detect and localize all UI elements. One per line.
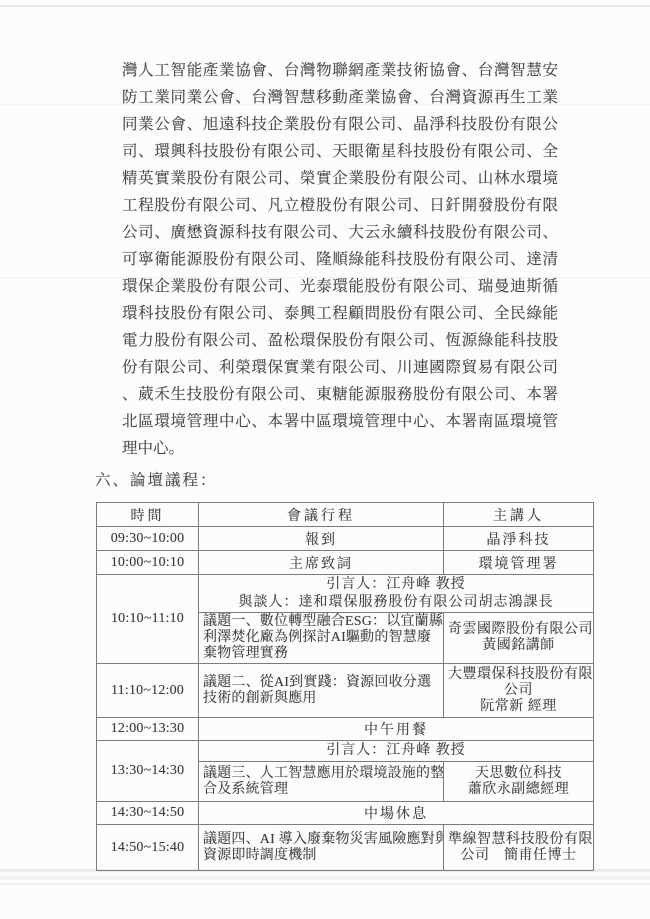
speaker-cell: 準線智慧科技股份有限 公司 簡甫任博士 — [444, 825, 594, 871]
intro-cell: 引言人：江舟峰 教授 與談人：達和環保服務股份有限公司胡志鴻課長 — [199, 575, 594, 613]
agenda-row: 14:50~15:40 議題四、AI 導入廢棄物災害風險應對與 資源即時調度機制… — [97, 825, 594, 871]
text-line: 議題四、AI 導入廢棄物災害風險應對與 — [203, 832, 439, 848]
participants-line: 環科技股份有限公司、泰興工程顧問股份有限公司、全民綠能 — [122, 300, 558, 327]
time-cell: 14:50~15:40 — [97, 825, 199, 871]
program-cell: 議題一、數位轉型融合ESG：以宜蘭縣 利澤焚化廠為例探討AI驅動的智慧廢 棄物管… — [199, 613, 444, 664]
agenda-header-row: 時間 會議行程 主講人 — [97, 503, 594, 527]
agenda-row: 13:30~14:30 引言人：江舟峰 教授 — [97, 741, 594, 762]
time-cell: 12:00~13:30 — [97, 718, 199, 741]
text-line: 準線智慧科技股份有限 — [448, 832, 589, 848]
participants-line: 司、環興科技股份有限公司、天眼衛星科技股份有限公司、全 — [122, 138, 558, 165]
speaker-cell: 天思數位科技 蕭欣永副總經理 — [444, 762, 594, 802]
text-line: 資源即時調度機制 — [203, 848, 439, 864]
program-cell: 報到 — [199, 527, 444, 551]
text-line: 奇雲國際股份有限公司 — [448, 622, 589, 638]
text-line: 技術的創新與應用 — [203, 691, 439, 707]
agenda-header-speaker: 主講人 — [444, 503, 594, 527]
text-line: 大豐環保科技股份有限 — [448, 667, 589, 683]
text-line: 引言人：江舟峰 教授 — [203, 576, 589, 594]
text-line: 議題一、數位轉型融合ESG：以宜蘭縣 — [203, 614, 439, 630]
participants-line: 可寧衛能源股份有限公司、隆順綠能科技股份有限公司、達清 — [122, 246, 558, 273]
time-cell: 10:00~10:10 — [97, 551, 199, 575]
participants-line: 公司、廣懋資源科技有限公司、大云永續科技股份有限公司、 — [122, 219, 558, 246]
program-cell: 議題三、人工智慧應用於環境設施的整 合及系統管理 — [199, 762, 444, 802]
participants-line: 份有限公司、利榮環保實業有限公司、川連國際貿易有限公司 — [122, 354, 558, 381]
participants-paragraph: 灣人工智能產業協會、台灣物聯網產業技術協會、台灣智慧安 防工業同業公會、台灣智慧… — [122, 57, 558, 462]
participants-line: 工程股份有限公司、凡立橙股份有限公司、日釺開發股份有限 — [122, 192, 558, 219]
scan-streak — [0, 883, 650, 885]
participants-line: 灣人工智能產業協會、台灣物聯網產業技術協會、台灣智慧安 — [122, 57, 558, 84]
agenda-header-time: 時間 — [97, 503, 199, 527]
speaker-cell: 晶淨科技 — [444, 527, 594, 551]
agenda-row: 10:00~10:10 主席致詞 環境管理署 — [97, 551, 594, 575]
text-line: 與談人：達和環保服務股份有限公司胡志鴻課長 — [203, 594, 589, 612]
participants-line: 電力股份有限公司、盈松環保股份有限公司、恆源綠能科技股 — [122, 327, 558, 354]
speaker-cell: 大豐環保科技股份有限 公司 阮常新 經理 — [444, 664, 594, 718]
text-line: 黃國銘講師 — [448, 638, 589, 654]
text-line: 蕭欣永副總經理 — [448, 782, 589, 798]
agenda-row: 10:10~11:10 引言人：江舟峰 教授 與談人：達和環保服務股份有限公司胡… — [97, 575, 594, 613]
section-heading: 六、論壇議程： — [95, 468, 218, 490]
program-cell: 主席致詞 — [199, 551, 444, 575]
agenda-row: 11:10~12:00 議題二、從AI到實踐：資源回收分選 技術的創新與應用 大… — [97, 664, 594, 718]
agenda-table: 時間 會議行程 主講人 09:30~10:00 報到 晶淨科技 10:00~10… — [96, 502, 594, 871]
participants-line: 同業公會、旭遠科技企業股份有限公司、晶淨科技股份有限公 — [122, 111, 558, 138]
program-cell: 中午用餐 — [199, 718, 594, 741]
scan-streak — [0, 876, 650, 880]
text-line: 議題三、人工智慧應用於環境設施的整 — [203, 766, 439, 782]
text-line: 公司 簡甫任博士 — [448, 848, 589, 864]
participants-line: 防工業同業公會、台灣智慧移動產業協會、台灣資源再生工業 — [122, 84, 558, 111]
text-line: 利澤焚化廠為例探討AI驅動的智慧廢 — [203, 630, 439, 646]
program-cell: 議題四、AI 導入廢棄物災害風險應對與 資源即時調度機制 — [199, 825, 444, 871]
intro-cell: 引言人：江舟峰 教授 — [199, 741, 594, 762]
time-cell: 11:10~12:00 — [97, 664, 199, 718]
participants-line: 精英實業股份有限公司、榮實企業股份有限公司、山林水環境 — [122, 165, 558, 192]
participants-line: 理中心。 — [122, 435, 558, 462]
text-line: 公司 — [448, 683, 589, 699]
text-line: 合及系統管理 — [203, 782, 439, 798]
program-cell: 議題二、從AI到實踐：資源回收分選 技術的創新與應用 — [199, 664, 444, 718]
participants-line: 北區環境管理中心、本署中區環境管理中心、本署南區環境管 — [122, 408, 558, 435]
time-cell: 13:30~14:30 — [97, 741, 199, 802]
text-line: 阮常新 經理 — [448, 699, 589, 715]
scan-streak — [0, 5, 650, 7]
participants-line: 、葳禾生技股份有限公司、東糖能源服務股份有限公司、本署 — [122, 381, 558, 408]
agenda-row: 09:30~10:00 報到 晶淨科技 — [97, 527, 594, 551]
text-line: 天思數位科技 — [448, 766, 589, 782]
agenda-row: 12:00~13:30 中午用餐 — [97, 718, 594, 741]
scanned-document-page: 灣人工智能產業協會、台灣物聯網產業技術協會、台灣智慧安 防工業同業公會、台灣智慧… — [0, 0, 650, 919]
program-cell: 中場休息 — [199, 802, 594, 825]
text-line: 引言人：江舟峰 教授 — [203, 742, 589, 760]
time-cell: 14:30~14:50 — [97, 802, 199, 825]
speaker-cell: 奇雲國際股份有限公司 黃國銘講師 — [444, 613, 594, 664]
agenda-row: 14:30~14:50 中場休息 — [97, 802, 594, 825]
speaker-cell: 環境管理署 — [444, 551, 594, 575]
participants-line: 環保企業股份有限公司、光泰環能股份有限公司、瑞曼迪斯循 — [122, 273, 558, 300]
agenda-header-program: 會議行程 — [199, 503, 444, 527]
text-line: 棄物管理實務 — [203, 646, 439, 662]
time-cell: 09:30~10:00 — [97, 527, 199, 551]
time-cell: 10:10~11:10 — [97, 575, 199, 664]
text-line: 議題二、從AI到實踐：資源回收分選 — [203, 675, 439, 691]
